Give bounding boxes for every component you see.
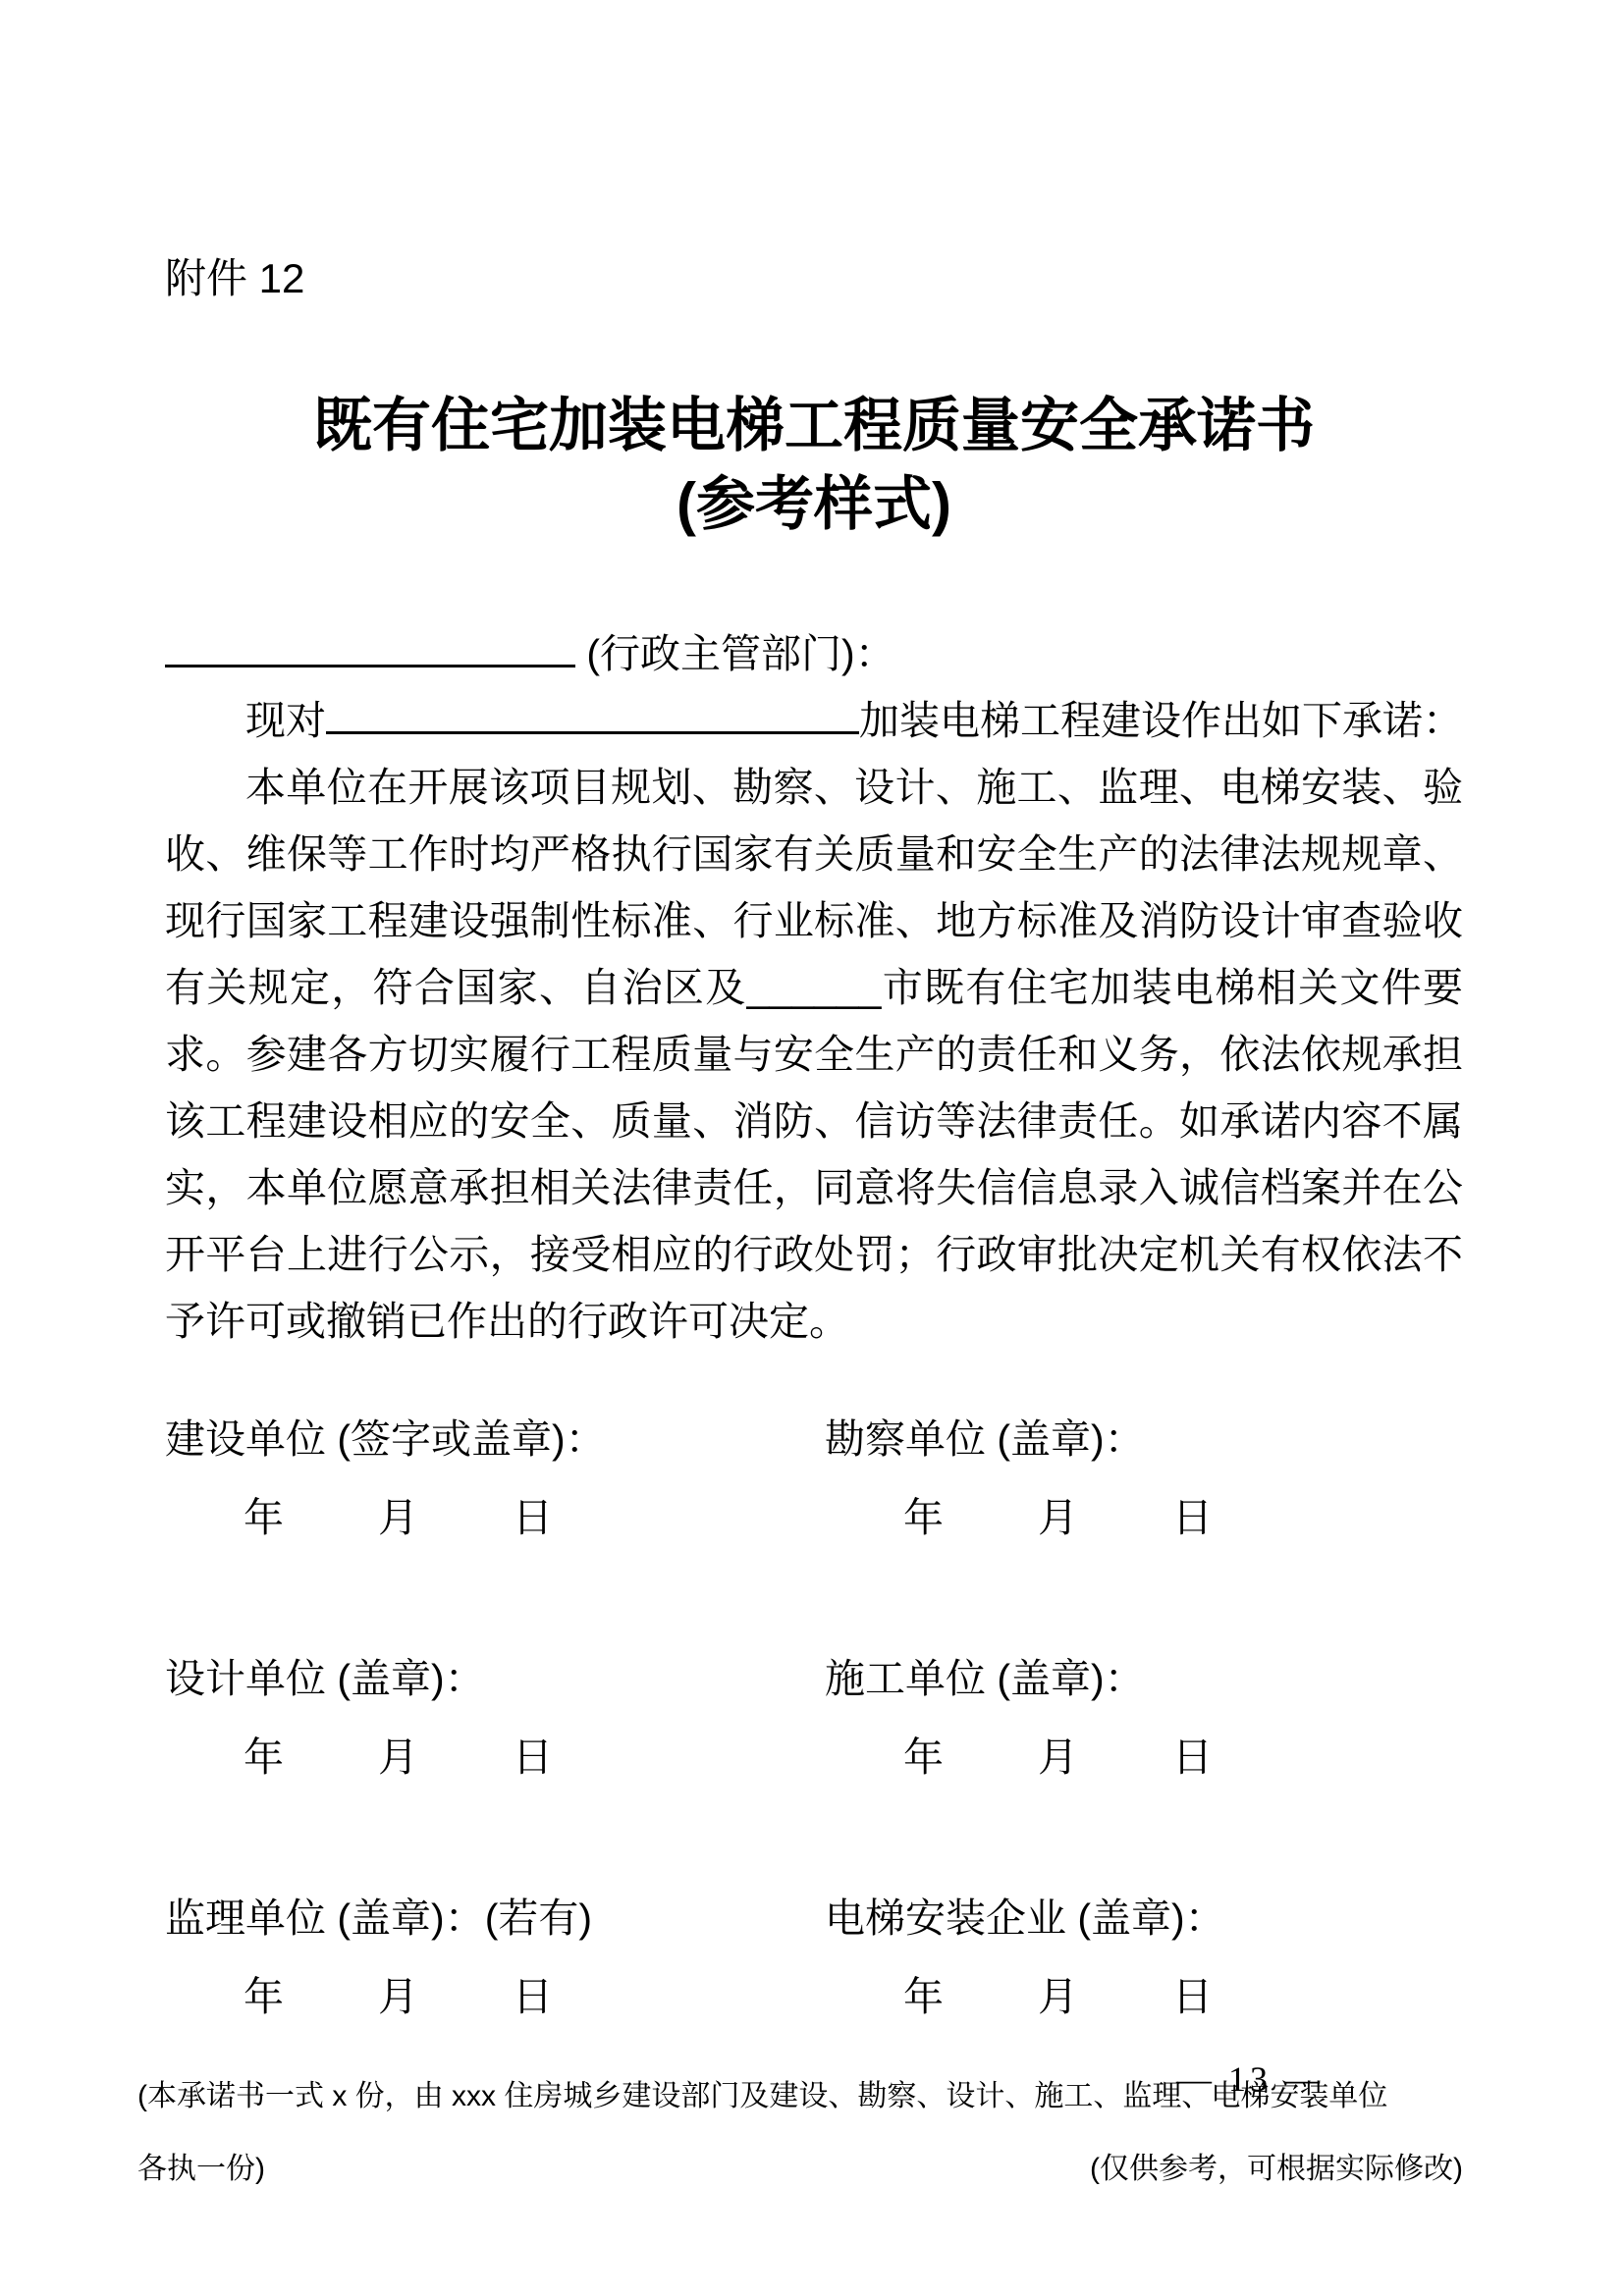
signature-builder-unit: 施工单位 (盖章)： 年 月 日 [825,1645,1463,1790]
date-line: 年 月 日 [165,1963,553,2030]
signature-survey-unit: 勘察单位 (盖章)： 年 月 日 [825,1406,1463,1551]
signature-row-2: 设计单位 (盖章)： 年 月 日 施工单位 (盖章)： 年 月 日 [165,1645,1463,1790]
date-line: 年 月 日 [165,1724,553,1790]
date-day-label: 日 [513,1963,553,2030]
date-year-label: 年 [244,1484,284,1551]
date-month-label: 月 [1038,1484,1078,1551]
date-line: 年 月 日 [825,1484,1213,1551]
date-month-label: 月 [378,1724,418,1790]
date-day-label: 日 [1172,1963,1213,2030]
document-body: (行政主管部门)： 现对 加装电梯工程建设作出如下承诺： 本单位在开展该项目规划… [165,620,1463,1355]
date-month-label: 月 [1038,1724,1078,1790]
date-line: 年 月 日 [165,1484,553,1551]
date-month-label: 月 [378,1484,418,1551]
project-fill-in-blank [326,691,859,734]
date-line: 年 月 日 [825,1724,1213,1790]
date-month-label: 月 [1038,1963,1078,2030]
intro-suffix: 加装电梯工程建设作出如下承诺： [859,687,1463,754]
date-year-label: 年 [903,1963,944,2030]
attachment-label: 附件 12 [165,257,1463,300]
signature-elevator-installer: 电梯安装企业 (盖章)： 年 月 日 [825,1885,1463,2030]
footnote-line2-right: (仅供参考，可根据实际修改) [1090,2148,1463,2191]
intro-prefix: 现对 [245,687,326,754]
document-title: 既有住宅加装电梯工程质量安全承诺书 (参考样式) [165,387,1463,544]
date-year-label: 年 [903,1484,944,1551]
signature-section: 建设单位 (签字或盖章)： 年 月 日 勘察单位 (盖章)： 年 月 日 设计单… [165,1406,1463,2030]
date-day-label: 日 [513,1484,553,1551]
commitment-intro-line: 现对 加装电梯工程建设作出如下承诺： [165,687,1463,754]
elevator-installer-label: 电梯安装企业 (盖章)： [825,1885,1463,1951]
page-number: — 13 — [1176,2059,1324,2099]
signature-design-unit: 设计单位 (盖章)： 年 月 日 [165,1645,825,1790]
commitment-paragraph: 本单位在开展该项目规划、勘察、设计、施工、监理、电梯安装、验收、维保等工作时均严… [165,754,1463,1355]
date-day-label: 日 [1172,1724,1213,1790]
authority-fill-in-blank [165,624,575,667]
date-year-label: 年 [244,1963,284,2030]
greeting-label: (行政主管部门)： [575,631,895,676]
date-line: 年 月 日 [825,1963,1213,2030]
date-year-label: 年 [903,1724,944,1790]
date-day-label: 日 [1172,1484,1213,1551]
document-page: 附件 12 既有住宅加装电梯工程质量安全承诺书 (参考样式) (行政主管部门)：… [0,0,1624,2296]
date-day-label: 日 [513,1724,553,1790]
signature-construction-unit: 建设单位 (签字或盖章)： 年 月 日 [165,1406,825,1551]
document-title-line1: 既有住宅加装电梯工程质量安全承诺书 [165,387,1463,465]
date-month-label: 月 [378,1963,418,2030]
construction-unit-label: 建设单位 (签字或盖章)： [165,1406,825,1472]
supervision-unit-label: 监理单位 (盖章)：(若有) [165,1885,825,1951]
greeting-line: (行政主管部门)： [165,620,1463,687]
builder-unit-label: 施工单位 (盖章)： [825,1645,1463,1712]
date-year-label: 年 [244,1724,284,1790]
signature-supervision-unit: 监理单位 (盖章)：(若有) 年 月 日 [165,1885,825,2030]
design-unit-label: 设计单位 (盖章)： [165,1645,825,1712]
document-title-line2: (参考样式) [165,465,1463,544]
survey-unit-label: 勘察单位 (盖章)： [825,1406,1463,1472]
signature-row-3: 监理单位 (盖章)：(若有) 年 月 日 电梯安装企业 (盖章)： 年 月 日 [165,1885,1463,2030]
footnote-line2: 各执一份) (仅供参考，可根据实际修改) [137,2148,1463,2191]
footnote-line2-left: 各执一份) [137,2148,265,2191]
signature-row-1: 建设单位 (签字或盖章)： 年 月 日 勘察单位 (盖章)： 年 月 日 [165,1406,1463,1551]
